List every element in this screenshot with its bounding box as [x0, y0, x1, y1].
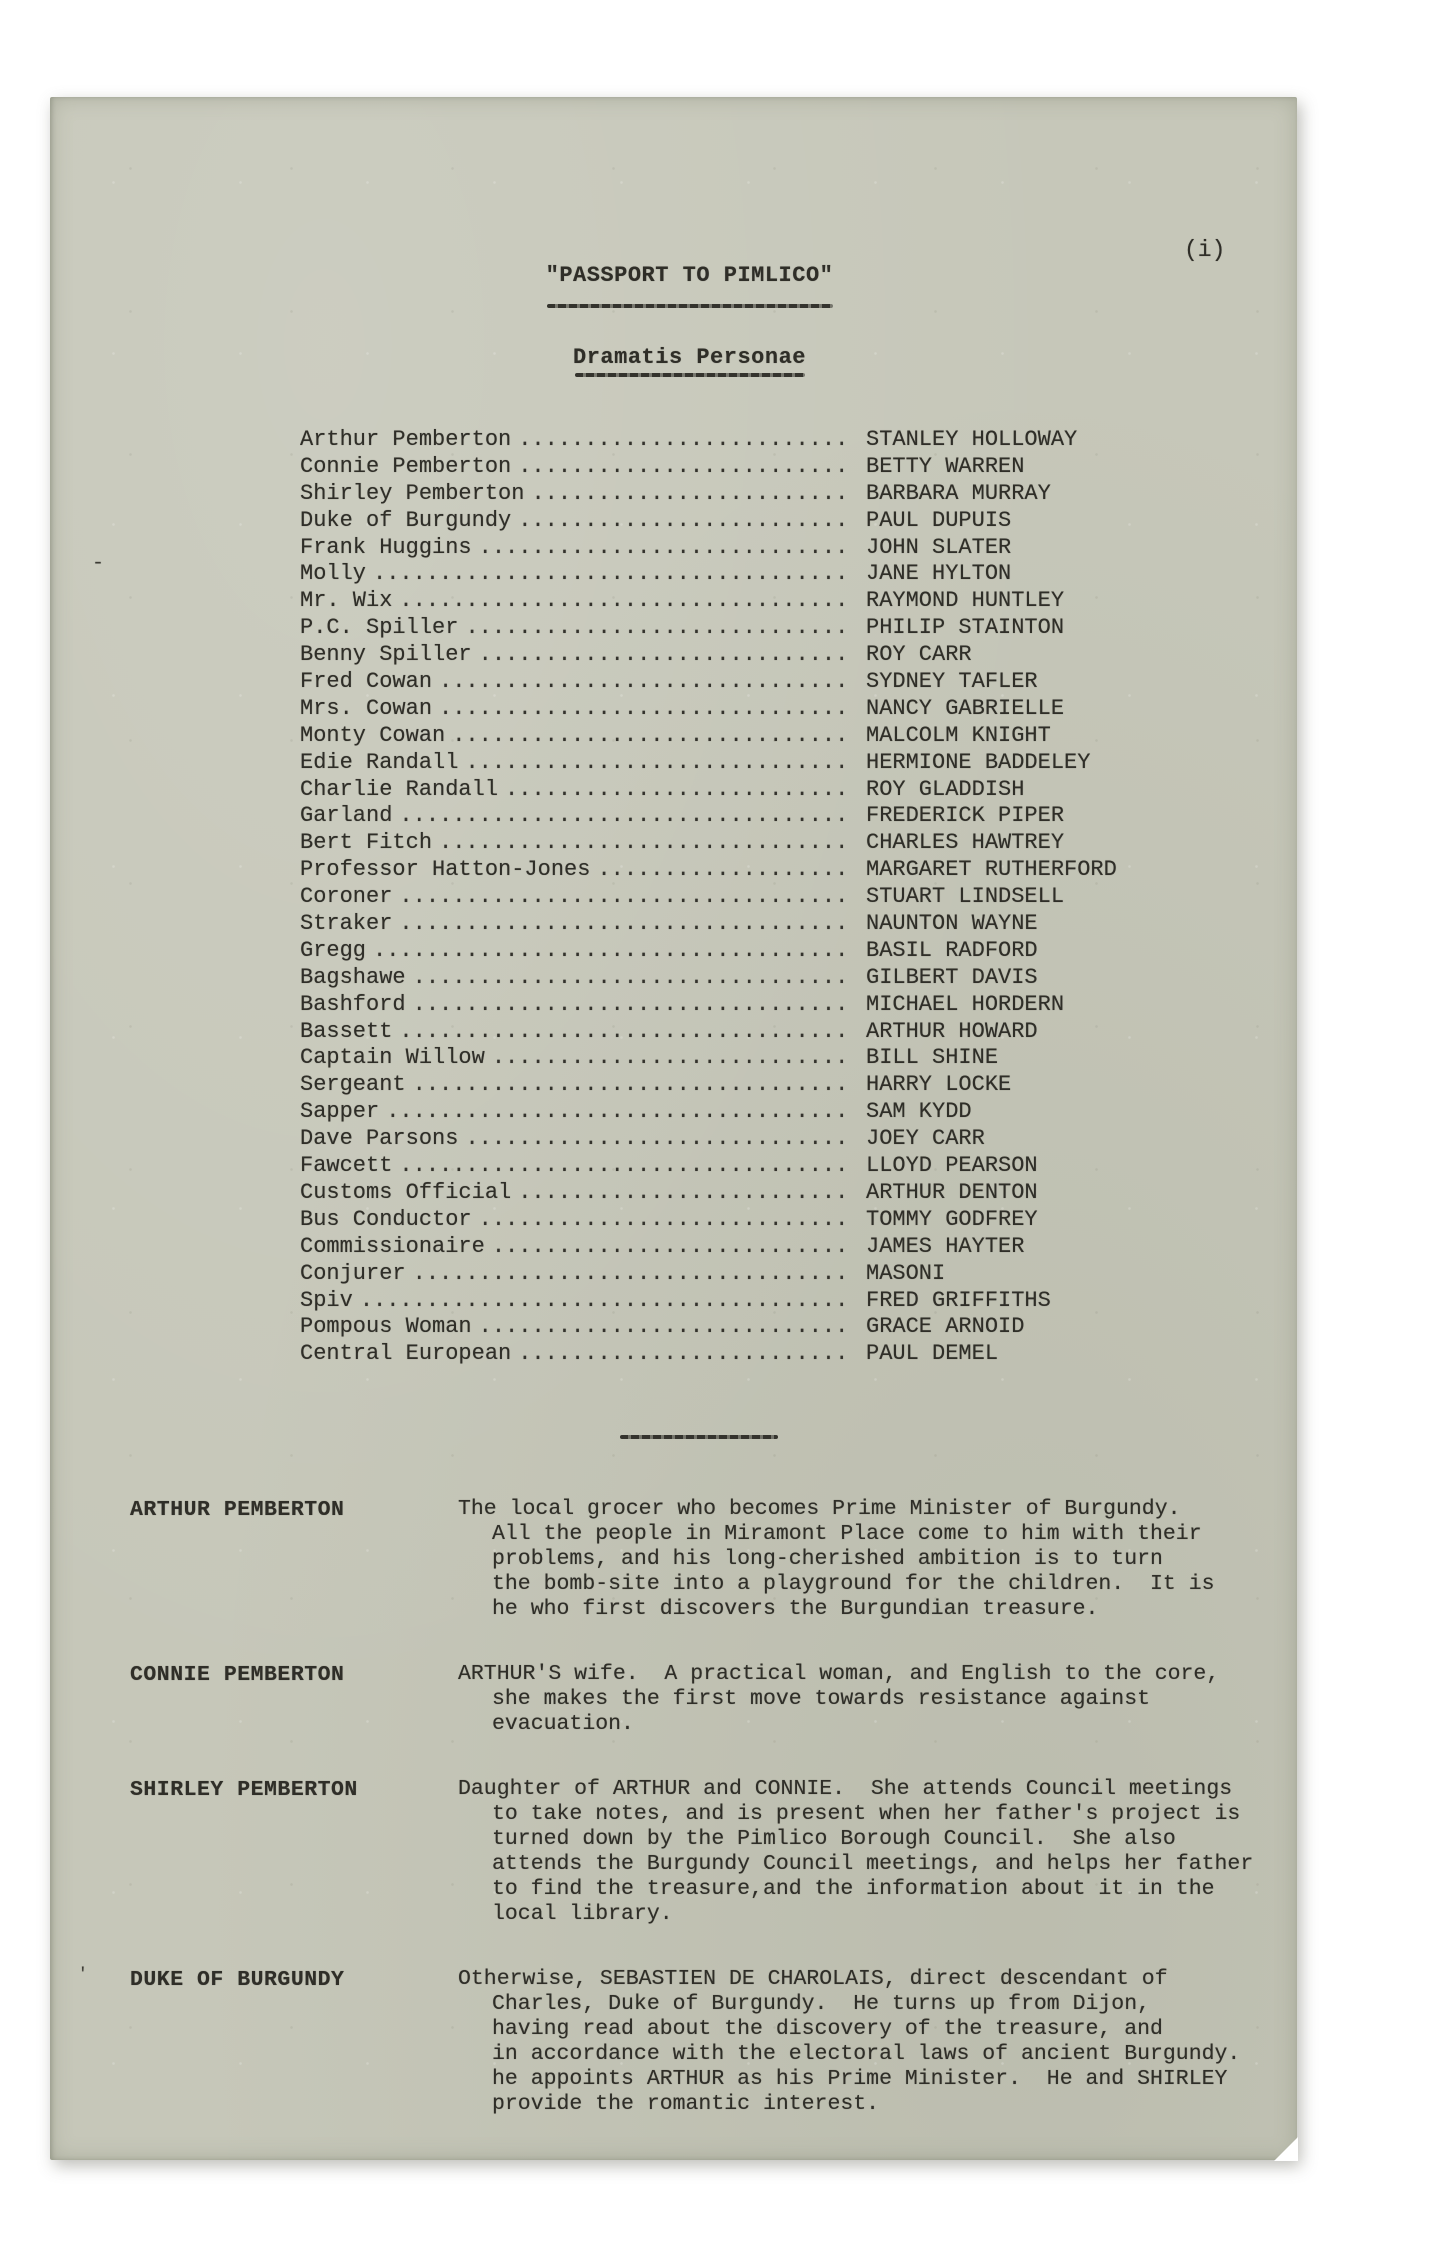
leader-dots: ........................................… [439, 669, 852, 696]
cast-row: Bashford................................… [300, 992, 1180, 1019]
leader-dots: ........................................… [518, 454, 852, 481]
description-line: Charles, Duke of Burgundy. He turns up f… [492, 1992, 1297, 2017]
cast-row: Connie Pemberton........................… [300, 454, 1180, 481]
cast-actor-name: GRACE ARNOID [866, 1314, 1024, 1341]
title-underline [547, 304, 833, 308]
cast-row: Pompous Woman...........................… [300, 1314, 1180, 1341]
leader-dots: ........................................… [413, 992, 852, 1019]
leader-dots: ........................................… [492, 1045, 852, 1072]
cast-role-name: Bassett [300, 1019, 392, 1046]
cast-row: Arthur Pemberton........................… [300, 427, 1180, 454]
page-number: (i) [1184, 237, 1225, 263]
leader-dots: ........................................… [439, 830, 852, 857]
cast-row: Fred Cowan..............................… [300, 669, 1180, 696]
leader-dots: ........................................… [465, 1126, 852, 1153]
cast-role-name: Captain Willow [300, 1045, 485, 1072]
cast-row: Edie Randall............................… [300, 750, 1180, 777]
leader-dots: ........................................… [465, 750, 852, 777]
cast-actor-name: BASIL RADFORD [866, 938, 1038, 965]
leader-dots: ........................................… [399, 588, 852, 615]
cast-actor-name: SYDNEY TAFLER [866, 669, 1038, 696]
cast-actor-name: BETTY WARREN [866, 454, 1024, 481]
cast-row: Captain Willow..........................… [300, 1045, 1180, 1072]
description-line: local library. [492, 1902, 1297, 1927]
descriptions: ARTHUR PEMBERTONThe local grocer who bec… [130, 1497, 1297, 2157]
cast-row: Professor Hatton-Jones..................… [300, 857, 1180, 884]
cast-actor-name: JANE HYLTON [866, 561, 1011, 588]
description-line: Daughter of ARTHUR and CONNIE. She atten… [458, 1777, 1297, 1802]
cast-row: Straker.................................… [300, 911, 1180, 938]
cast-actor-name: LLOYD PEARSON [866, 1153, 1038, 1180]
cast-role-name: Spiv [300, 1288, 353, 1315]
cast-actor-name: BILL SHINE [866, 1045, 998, 1072]
cast-actor-name: CHARLES HAWTREY [866, 830, 1064, 857]
cast-actor-name: BARBARA MURRAY [866, 481, 1051, 508]
leader-dots: ........................................… [531, 481, 852, 508]
description-line: in accordance with the electoral laws of… [492, 2042, 1297, 2067]
cast-role-name: Molly [300, 561, 366, 588]
leader-dots: ........................................… [399, 1019, 852, 1046]
cast-role-name: Sapper [300, 1099, 379, 1126]
cast-role-name: Duke of Burgundy [300, 508, 511, 535]
cast-actor-name: MASONI [866, 1261, 945, 1288]
leader-dots: ........................................… [413, 1072, 852, 1099]
cast-actor-name: STANLEY HOLLOWAY [866, 427, 1077, 454]
description-line: All the people in Miramont Place come to… [492, 1522, 1297, 1547]
leader-dots: ........................................… [505, 777, 852, 804]
cast-role-name: Fawcett [300, 1153, 392, 1180]
cast-role-name: Conjurer [300, 1261, 406, 1288]
cast-row: Sapper..................................… [300, 1099, 1180, 1126]
title-block: "PASSPORT TO PIMLICO" [66, 263, 1313, 308]
cast-row: Monty Cowan.............................… [300, 723, 1180, 750]
cast-actor-name: STUART LINDSELL [866, 884, 1064, 911]
description-entry: DUKE OF BURGUNDYOtherwise, SEBASTIEN DE … [130, 1967, 1297, 2117]
cast-row: Sergeant................................… [300, 1072, 1180, 1099]
leader-dots: ........................................… [452, 723, 852, 750]
cast-actor-name: PAUL DEMEL [866, 1341, 998, 1368]
cast-role-name: Monty Cowan [300, 723, 445, 750]
cast-row: P.C. Spiller............................… [300, 615, 1180, 642]
cast-actor-name: GILBERT DAVIS [866, 965, 1038, 992]
leader-dots: ........................................… [360, 1288, 852, 1315]
cast-row: Frank Huggins...........................… [300, 535, 1180, 562]
cast-row: Spiv....................................… [300, 1288, 1180, 1315]
cast-actor-name: ARTHUR HOWARD [866, 1019, 1038, 1046]
cast-role-name: Fred Cowan [300, 669, 432, 696]
leader-dots: ........................................… [465, 615, 852, 642]
cast-row: Commissionaire..........................… [300, 1234, 1180, 1261]
cast-actor-name: JAMES HAYTER [866, 1234, 1024, 1261]
section-divider [620, 1435, 778, 1439]
cast-actor-name: PAUL DUPUIS [866, 508, 1011, 535]
cast-role-name: Bagshawe [300, 965, 406, 992]
cast-role-name: Mrs. Cowan [300, 696, 432, 723]
cast-role-name: Shirley Pemberton [300, 481, 524, 508]
cast-actor-name: HARRY LOCKE [866, 1072, 1011, 1099]
cast-row: Mr. Wix.................................… [300, 588, 1180, 615]
cast-role-name: Professor Hatton-Jones [300, 857, 590, 884]
cast-role-name: Sergeant [300, 1072, 406, 1099]
description-line: provide the romantic interest. [492, 2092, 1297, 2117]
leader-dots: ........................................… [492, 1234, 852, 1261]
cast-actor-name: MALCOLM KNIGHT [866, 723, 1051, 750]
cast-actor-name: ROY CARR [866, 642, 972, 669]
cast-row: Molly...................................… [300, 561, 1180, 588]
cast-list: Arthur Pemberton........................… [300, 427, 1180, 1368]
cast-row: Coroner.................................… [300, 884, 1180, 911]
cast-row: Benny Spiller...........................… [300, 642, 1180, 669]
description-line: attends the Burgundy Council meetings, a… [492, 1852, 1297, 1877]
cast-role-name: Garland [300, 803, 392, 830]
cast-row: Shirley Pemberton.......................… [300, 481, 1180, 508]
leader-dots: ........................................… [373, 938, 852, 965]
cast-role-name: P.C. Spiller [300, 615, 458, 642]
leader-dots: ........................................… [399, 884, 852, 911]
cast-row: Duke of Burgundy........................… [300, 508, 1180, 535]
cast-actor-name: JOEY CARR [866, 1126, 985, 1153]
cast-actor-name: MICHAEL HORDERN [866, 992, 1064, 1019]
leader-dots: ........................................… [518, 1341, 852, 1368]
description-line: he appoints ARTHUR as his Prime Minister… [492, 2067, 1297, 2092]
description-line: Otherwise, SEBASTIEN DE CHAROLAIS, direc… [458, 1967, 1297, 1992]
cast-row: Central European........................… [300, 1341, 1180, 1368]
description-line: to find the treasure,and the information… [492, 1877, 1297, 1902]
cast-actor-name: MARGARET RUTHERFORD [866, 857, 1117, 884]
description-line: having read about the discovery of the t… [492, 2017, 1297, 2042]
leader-dots: ........................................… [399, 911, 852, 938]
cast-role-name: Charlie Randall [300, 777, 498, 804]
cast-actor-name: HERMIONE BADDELEY [866, 750, 1090, 777]
leader-dots: ........................................… [479, 642, 852, 669]
cast-role-name: Bashford [300, 992, 406, 1019]
leader-dots: ........................................… [399, 803, 852, 830]
cast-row: Bagshawe................................… [300, 965, 1180, 992]
leader-dots: ........................................… [597, 857, 852, 884]
description-entry: CONNIE PEMBERTONARTHUR'S wife. A practic… [130, 1662, 1297, 1737]
cast-row: Bus Conductor...........................… [300, 1207, 1180, 1234]
character-name: SHIRLEY PEMBERTON [130, 1778, 358, 1802]
description-line: he who first discovers the Burgundian tr… [492, 1597, 1297, 1622]
stray-duke-mark: ' [78, 1965, 88, 1983]
cast-actor-name: FRED GRIFFITHS [866, 1288, 1051, 1315]
cast-actor-name: SAM KYDD [866, 1099, 972, 1126]
description-line: turned down by the Pimlico Borough Counc… [492, 1827, 1297, 1852]
cast-row: Fawcett.................................… [300, 1153, 1180, 1180]
cast-role-name: Pompous Woman [300, 1314, 472, 1341]
description-line: the bomb-site into a playground for the … [492, 1572, 1297, 1597]
cast-role-name: Mr. Wix [300, 588, 392, 615]
character-name: CONNIE PEMBERTON [130, 1663, 344, 1687]
cast-role-name: Dave Parsons [300, 1126, 458, 1153]
cast-row: Customs Official........................… [300, 1180, 1180, 1207]
description-entry: ARTHUR PEMBERTONThe local grocer who bec… [130, 1497, 1297, 1622]
cast-actor-name: PHILIP STAINTON [866, 615, 1064, 642]
leader-dots: ........................................… [518, 427, 852, 454]
cast-role-name: Benny Spiller [300, 642, 472, 669]
cast-actor-name: RAYMOND HUNTLEY [866, 588, 1064, 615]
character-name: DUKE OF BURGUNDY [130, 1968, 344, 1992]
leader-dots: ........................................… [413, 965, 852, 992]
cast-actor-name: JOHN SLATER [866, 535, 1011, 562]
cast-role-name: Customs Official [300, 1180, 511, 1207]
leader-dots: ........................................… [386, 1099, 852, 1126]
cast-role-name: Frank Huggins [300, 535, 472, 562]
leader-dots: ........................................… [479, 1314, 852, 1341]
description-entry: SHIRLEY PEMBERTONDaughter of ARTHUR and … [130, 1777, 1297, 1927]
description-line: The local grocer who becomes Prime Minis… [458, 1497, 1297, 1522]
cast-actor-name: ROY GLADDISH [866, 777, 1024, 804]
description-line: ARTHUR'S wife. A practical woman, and En… [458, 1662, 1297, 1687]
cast-row: Mrs. Cowan..............................… [300, 696, 1180, 723]
cast-row: Bassett.................................… [300, 1019, 1180, 1046]
cast-row: Charlie Randall.........................… [300, 777, 1180, 804]
leader-dots: ........................................… [479, 535, 852, 562]
description-line: to take notes, and is present when her f… [492, 1802, 1297, 1827]
cast-role-name: Central European [300, 1341, 511, 1368]
page-title: "PASSPORT TO PIMLICO" [66, 263, 1313, 288]
subtitle-underline [575, 373, 805, 377]
cast-actor-name: ARTHUR DENTON [866, 1180, 1038, 1207]
leader-dots: ........................................… [373, 561, 852, 588]
description-line: she makes the first move towards resista… [492, 1687, 1297, 1712]
leader-dots: ........................................… [399, 1153, 852, 1180]
cast-actor-name: NANCY GABRIELLE [866, 696, 1064, 723]
page-subtitle: Dramatis Personae [66, 345, 1313, 370]
cast-role-name: Bus Conductor [300, 1207, 472, 1234]
cast-role-name: Straker [300, 911, 392, 938]
scan-background: (i) "PASSPORT TO PIMLICO" Dramatis Perso… [0, 0, 1437, 2260]
paper: (i) "PASSPORT TO PIMLICO" Dramatis Perso… [50, 97, 1297, 2160]
cast-role-name: Connie Pemberton [300, 454, 511, 481]
cast-actor-name: NAUNTON WAYNE [866, 911, 1038, 938]
cast-role-name: Bert Fitch [300, 830, 432, 857]
leader-dots: ........................................… [518, 508, 852, 535]
character-name: ARTHUR PEMBERTON [130, 1498, 344, 1522]
leader-dots: ........................................… [413, 1261, 852, 1288]
cast-actor-name: TOMMY GODFREY [866, 1207, 1038, 1234]
leader-dots: ........................................… [479, 1207, 852, 1234]
cast-role-name: Coroner [300, 884, 392, 911]
leader-dots: ........................................… [439, 696, 852, 723]
description-line: problems, and his long-cherished ambitio… [492, 1547, 1297, 1572]
cast-role-name: Gregg [300, 938, 366, 965]
description-line: evacuation. [492, 1712, 1297, 1737]
cast-row: Gregg...................................… [300, 938, 1180, 965]
cast-row: Garland.................................… [300, 803, 1180, 830]
cast-role-name: Edie Randall [300, 750, 458, 777]
stray-margin-mark: - [92, 552, 104, 575]
subtitle-block: Dramatis Personae [66, 345, 1313, 377]
leader-dots: ........................................… [518, 1180, 852, 1207]
cast-row: Dave Parsons............................… [300, 1126, 1180, 1153]
cast-row: Conjurer................................… [300, 1261, 1180, 1288]
cast-actor-name: FREDERICK PIPER [866, 803, 1064, 830]
cast-role-name: Commissionaire [300, 1234, 485, 1261]
cast-role-name: Arthur Pemberton [300, 427, 511, 454]
cast-row: Bert Fitch..............................… [300, 830, 1180, 857]
